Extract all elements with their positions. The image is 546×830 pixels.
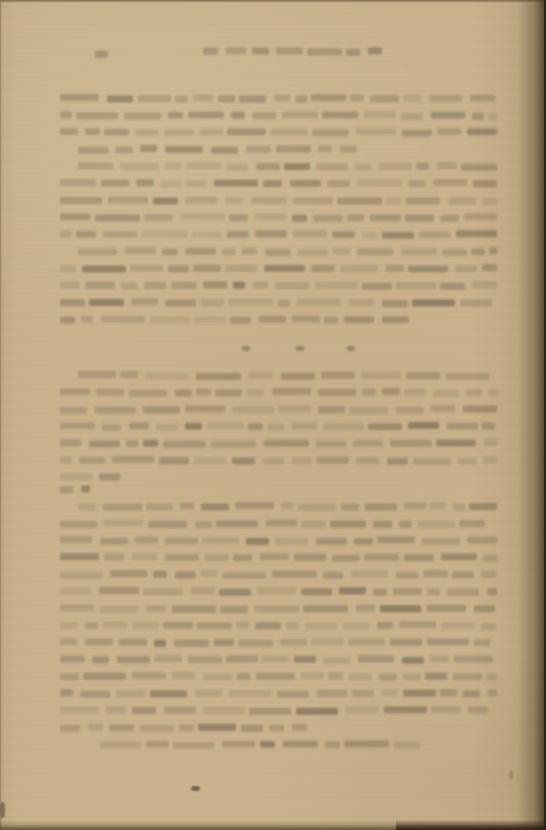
- text-line: [60, 656, 497, 665]
- faded-word-blob: [196, 388, 211, 395]
- faded-word-blob: [95, 51, 108, 58]
- faded-word-blob: [382, 689, 398, 696]
- faded-word-blob: [430, 656, 449, 663]
- faded-word-blob: [353, 440, 383, 447]
- text-line: [60, 95, 497, 104]
- faded-word-blob: [242, 248, 257, 255]
- faded-word-blob: [101, 316, 145, 323]
- faded-word-blob: [453, 504, 465, 511]
- faded-word-blob: [348, 639, 385, 646]
- faded-word-blob: [95, 407, 136, 414]
- faded-word-blob: [148, 521, 187, 528]
- faded-word-blob: [483, 555, 497, 562]
- faded-word-blob: [262, 656, 289, 663]
- faded-word-blob: [393, 588, 422, 595]
- faded-word-blob: [325, 741, 340, 748]
- faded-word-blob: [373, 521, 392, 528]
- text-line: [60, 622, 497, 631]
- faded-word-blob: [233, 282, 245, 289]
- faded-word-blob: [281, 502, 294, 509]
- faded-word-blob: [423, 570, 448, 577]
- faded-word-blob: [180, 213, 225, 220]
- faded-word-blob: [252, 48, 269, 55]
- faded-word-blob: [143, 440, 158, 447]
- faded-word-blob: [201, 504, 229, 511]
- faded-word-blob: [173, 742, 214, 749]
- faded-word-blob: [364, 554, 399, 561]
- faded-word-blob: [281, 373, 315, 380]
- faded-word-blob: [382, 300, 408, 307]
- faded-word-blob: [251, 197, 287, 204]
- faded-word-blob: [60, 707, 99, 714]
- faded-word-blob: [143, 406, 180, 413]
- faded-word-blob: [364, 111, 396, 118]
- faded-word-blob: [387, 458, 408, 465]
- faded-word-blob: [401, 248, 437, 255]
- faded-word-blob: [248, 423, 263, 430]
- faded-word-blob: [205, 554, 229, 561]
- text-line: [60, 197, 497, 206]
- text-line: [60, 605, 497, 614]
- faded-word-blob: [416, 163, 429, 170]
- faded-word-blob: [446, 373, 489, 380]
- faded-word-blob: [60, 521, 97, 528]
- faded-word-blob: [394, 742, 420, 749]
- faded-word-blob: [239, 96, 266, 103]
- faded-word-blob: [302, 521, 326, 528]
- faded-word-blob: [60, 407, 87, 414]
- left-edge-shadow: [0, 0, 2, 830]
- faded-word-blob: [356, 457, 379, 464]
- faded-word-blob: [311, 94, 346, 101]
- faded-word-blob: [140, 725, 174, 732]
- faded-word-blob: [108, 197, 148, 204]
- faded-word-blob: [82, 266, 126, 273]
- faded-word-blob: [60, 317, 75, 324]
- faded-word-blob: [469, 503, 497, 510]
- faded-word-blob: [106, 706, 126, 713]
- faded-word-blob: [459, 520, 485, 527]
- faded-word-blob: [78, 162, 113, 169]
- faded-word-blob: [482, 264, 497, 271]
- faded-word-blob: [272, 571, 317, 578]
- faded-word-blob: [143, 588, 183, 595]
- text-line: [60, 520, 497, 529]
- faded-word-blob: [323, 423, 364, 430]
- faded-word-blob: [60, 388, 90, 395]
- faded-word-blob: [195, 689, 222, 696]
- faded-word-blob: [198, 724, 236, 731]
- right-edge-shadow: [518, 0, 546, 830]
- faded-word-blob: [433, 390, 459, 397]
- faded-word-blob: [489, 389, 497, 396]
- faded-word-blob: [120, 163, 159, 170]
- faded-word-blob: [232, 406, 274, 413]
- faded-word-blob: [119, 639, 147, 646]
- faded-word-blob: [150, 316, 190, 323]
- faded-word-blob: [280, 639, 307, 646]
- faded-word-blob: [193, 94, 213, 101]
- text-line: [60, 537, 497, 546]
- faded-word-blob: [78, 371, 116, 378]
- faded-word-blob: [472, 113, 484, 120]
- faded-word-blob: [104, 129, 129, 136]
- faded-word-blob: [129, 422, 149, 429]
- faded-word-blob: [60, 213, 90, 220]
- faded-word-blob: [163, 441, 206, 448]
- faded-word-blob: [200, 570, 217, 577]
- faded-word-blob: [311, 265, 335, 272]
- faded-word-blob: [132, 622, 159, 629]
- faded-word-blob: [481, 571, 496, 578]
- faded-word-blob: [440, 215, 459, 222]
- faded-word-blob: [341, 504, 359, 511]
- faded-word-blob: [303, 605, 348, 612]
- faded-word-blob: [419, 231, 450, 238]
- faded-word-blob: [60, 622, 78, 629]
- faded-word-blob: [120, 371, 138, 378]
- faded-word-blob: [125, 247, 156, 254]
- faded-word-blob: [351, 571, 388, 578]
- faded-word-blob: [164, 129, 194, 136]
- faded-word-blob: [103, 504, 142, 511]
- faded-word-blob: [307, 48, 342, 55]
- faded-word-blob: [403, 95, 421, 102]
- faded-word-blob: [165, 146, 203, 153]
- faded-word-blob: [207, 422, 244, 429]
- faded-word-blob: [355, 164, 371, 171]
- faded-word-blob: [422, 538, 460, 545]
- text-line: [60, 588, 497, 597]
- faded-word-blob: [390, 440, 432, 447]
- bottom-right-corner-shadow: [396, 820, 546, 830]
- faded-word-blob: [390, 639, 422, 646]
- faded-word-blob: [192, 231, 222, 238]
- faded-word-blob: [159, 457, 189, 464]
- faded-word-blob: [83, 673, 126, 680]
- faded-word-blob: [255, 230, 287, 237]
- faded-word-blob: [317, 690, 347, 697]
- faded-word-blob: [216, 520, 258, 527]
- faded-word-blob: [197, 622, 232, 629]
- faded-word-blob: [278, 300, 290, 307]
- faded-word-blob: [430, 502, 446, 509]
- faded-word-blob: [186, 162, 222, 169]
- faded-word-blob: [264, 265, 305, 272]
- text-line: [60, 389, 497, 398]
- faded-word-blob: [433, 179, 467, 186]
- faded-word-blob: [211, 441, 256, 448]
- faded-word-blob: [146, 605, 166, 612]
- faded-word-blob: [266, 520, 297, 527]
- faded-word-blob: [223, 572, 266, 579]
- faded-word-blob: [316, 164, 348, 171]
- faded-word-blob: [126, 440, 138, 447]
- faded-word-blob: [332, 231, 355, 238]
- faded-word-blob: [437, 128, 461, 135]
- faded-word-blob: [235, 502, 274, 509]
- faded-word-blob: [107, 95, 133, 102]
- faded-word-blob: [246, 146, 271, 153]
- faded-word-blob: [294, 656, 316, 663]
- faded-word-blob: [156, 424, 178, 431]
- faded-word-blob: [236, 621, 249, 628]
- faded-word-blob: [316, 457, 349, 464]
- faded-word-blob: [185, 248, 216, 255]
- faded-word-blob: [488, 690, 497, 697]
- faded-word-blob: [467, 537, 497, 544]
- faded-word-blob: [284, 163, 310, 170]
- faded-word-blob: [348, 673, 372, 680]
- faded-word-blob: [290, 180, 321, 187]
- faded-word-blob: [323, 572, 343, 579]
- faded-word-blob: [437, 162, 457, 169]
- text-line: [78, 248, 497, 257]
- faded-word-blob: [129, 390, 167, 397]
- faded-word-blob: [318, 389, 356, 396]
- faded-word-blob: [399, 621, 436, 628]
- faded-word-blob: [460, 300, 492, 307]
- page-number: [95, 51, 114, 60]
- faded-word-blob: [218, 95, 235, 102]
- faded-word-blob: [99, 473, 120, 480]
- faded-word-blob: [292, 215, 307, 222]
- faded-word-blob: [464, 213, 497, 220]
- faded-word-blob: [298, 249, 328, 256]
- faded-word-blob: [232, 458, 255, 465]
- faded-word-blob: [60, 128, 78, 135]
- faded-word-blob: [194, 316, 225, 323]
- faded-word-blob: [357, 179, 402, 186]
- text-line: [78, 503, 497, 512]
- faded-word-blob: [225, 197, 243, 204]
- faded-word-blob: [199, 129, 223, 136]
- faded-word-blob: [130, 265, 163, 272]
- faded-word-blob: [276, 47, 303, 54]
- faded-word-blob: [362, 283, 392, 290]
- faded-word-blob: [294, 554, 326, 561]
- faded-word-blob: [292, 422, 317, 429]
- text-line: [60, 265, 497, 274]
- faded-word-blob: [382, 316, 409, 323]
- faded-word-blob: [60, 689, 73, 696]
- faded-word-blob: [99, 587, 139, 594]
- faded-word-blob: [165, 537, 198, 544]
- faded-word-blob: [441, 622, 474, 629]
- faded-word-blob: [229, 690, 272, 697]
- faded-word-blob: [275, 538, 308, 545]
- faded-word-blob: [160, 181, 182, 188]
- faded-word-blob: [89, 440, 120, 447]
- text-line: [60, 639, 497, 648]
- faded-word-blob: [164, 707, 196, 714]
- faded-word-blob: [60, 111, 72, 118]
- faded-word-blob: [470, 95, 495, 102]
- faded-word-blob: [96, 389, 124, 396]
- faded-word-blob: [277, 691, 309, 698]
- faded-word-blob: [116, 690, 145, 697]
- faded-word-blob: [101, 180, 129, 187]
- faded-word-blob: [165, 163, 181, 170]
- faded-word-blob: [427, 605, 466, 612]
- faded-word-blob: [142, 231, 187, 238]
- faded-word-blob: [427, 589, 440, 596]
- faded-word-blob: [60, 486, 73, 493]
- faded-word-blob: [186, 180, 206, 187]
- faded-word-blob: [379, 674, 397, 681]
- faded-word-blob: [241, 725, 263, 732]
- faded-word-blob: [276, 146, 311, 153]
- faded-word-blob: [448, 198, 476, 205]
- faded-word-blob: [278, 405, 311, 412]
- faded-word-blob: [85, 128, 100, 135]
- faded-word-blob: [85, 638, 113, 645]
- faded-word-blob: [76, 231, 96, 238]
- faded-word-blob: [396, 407, 424, 414]
- faded-word-blob: [373, 589, 387, 596]
- faded-word-blob: [484, 439, 497, 446]
- faded-word-blob: [60, 473, 93, 480]
- faded-word-blob: [203, 48, 218, 55]
- faded-word-blob: [259, 316, 286, 323]
- faded-word-blob: [117, 656, 150, 663]
- faded-word-blob: [298, 504, 336, 511]
- scanned-book-page: [0, 0, 546, 830]
- faded-word-blob: [81, 316, 93, 323]
- faded-word-blob: [175, 96, 188, 103]
- faded-word-blob: [265, 249, 291, 256]
- faded-word-blob: [408, 266, 448, 273]
- faded-word-blob: [297, 299, 341, 306]
- faded-word-blob: [466, 389, 482, 396]
- faded-word-blob: [203, 281, 227, 288]
- faded-word-blob: [324, 317, 338, 324]
- faded-word-blob: [60, 457, 72, 464]
- faded-word-blob: [222, 248, 236, 255]
- ink-speck: [509, 770, 513, 780]
- faded-word-blob: [146, 504, 173, 511]
- faded-word-blob: [60, 725, 80, 732]
- faded-word-blob: [227, 128, 266, 135]
- faded-word-blob: [293, 230, 327, 237]
- faded-word-blob: [253, 281, 268, 288]
- faded-word-blob: [412, 299, 455, 306]
- faded-word-blob: [60, 440, 81, 447]
- faded-word-blob: [249, 708, 291, 715]
- faded-word-blob: [85, 622, 98, 629]
- faded-word-blob: [211, 147, 238, 154]
- text-line: [78, 146, 357, 155]
- faded-word-blob: [404, 389, 425, 396]
- faded-word-blob: [337, 198, 382, 205]
- faded-word-blob: [370, 95, 399, 102]
- faded-word-blob: [463, 406, 497, 413]
- faded-word-blob: [340, 265, 378, 272]
- faded-word-blob: [399, 521, 412, 528]
- faded-word-blob: [362, 232, 377, 239]
- faded-word-blob: [283, 741, 318, 748]
- faded-word-blob: [237, 673, 250, 680]
- faded-word-blob: [489, 247, 497, 254]
- faded-word-blob: [356, 128, 396, 135]
- faded-word-blob: [132, 672, 166, 679]
- faded-word-blob: [402, 657, 424, 664]
- faded-word-blob: [60, 638, 77, 645]
- faded-word-blob: [467, 128, 497, 135]
- faded-word-blob: [440, 283, 465, 290]
- faded-word-blob: [347, 214, 364, 221]
- faded-word-blob: [144, 214, 173, 221]
- faded-word-blob: [274, 94, 290, 101]
- text-line: [78, 163, 497, 172]
- separator-mark: [242, 346, 250, 351]
- faded-word-blob: [185, 406, 225, 413]
- faded-word-blob: [80, 691, 110, 698]
- faded-word-blob: [246, 389, 264, 396]
- faded-word-blob: [268, 424, 284, 431]
- running-title: [203, 48, 382, 57]
- top-edge-shadow: [0, 0, 546, 3]
- faded-word-blob: [60, 230, 72, 237]
- text-line: [60, 690, 497, 699]
- text-line: [60, 707, 497, 716]
- faded-word-blob: [318, 145, 332, 152]
- faded-word-blob: [78, 248, 117, 255]
- faded-word-blob: [382, 388, 400, 395]
- faded-word-blob: [60, 422, 95, 429]
- faded-word-blob: [442, 249, 467, 256]
- faded-word-blob: [175, 390, 192, 397]
- text-line: [60, 554, 497, 563]
- faded-word-blob: [162, 249, 178, 256]
- faded-word-blob: [344, 740, 389, 747]
- faded-word-blob: [358, 655, 394, 662]
- faded-word-blob: [328, 673, 343, 680]
- faded-word-blob: [220, 606, 248, 613]
- faded-word-blob: [404, 554, 434, 561]
- faded-word-blob: [60, 673, 79, 680]
- faded-word-blob: [356, 605, 375, 612]
- faded-word-blob: [78, 504, 96, 511]
- faded-word-blob: [431, 405, 455, 412]
- faded-word-blob: [257, 587, 296, 594]
- faded-word-blob: [138, 95, 171, 102]
- faded-word-blob: [60, 572, 103, 579]
- faded-word-blob: [323, 657, 350, 664]
- faded-word-blob: [386, 197, 401, 204]
- faded-word-blob: [172, 672, 195, 679]
- text-line: [60, 486, 90, 495]
- faded-word-blob: [404, 502, 426, 509]
- faded-word-blob: [292, 457, 312, 464]
- faded-word-blob: [60, 553, 99, 560]
- faded-word-blob: [458, 458, 477, 465]
- faded-word-blob: [455, 265, 477, 272]
- faded-word-blob: [112, 456, 154, 463]
- faded-word-blob: [408, 180, 426, 187]
- faded-word-blob: [145, 373, 188, 380]
- text-line: [60, 406, 497, 415]
- faded-word-blob: [377, 622, 393, 629]
- faded-word-blob: [100, 538, 128, 545]
- faded-word-blob: [350, 407, 388, 414]
- faded-word-blob: [473, 180, 497, 187]
- faded-word-blob: [482, 423, 495, 430]
- faded-word-blob: [481, 623, 496, 630]
- faded-word-blob: [165, 554, 199, 561]
- faded-word-blob: [305, 623, 337, 630]
- faded-word-blob: [227, 231, 249, 238]
